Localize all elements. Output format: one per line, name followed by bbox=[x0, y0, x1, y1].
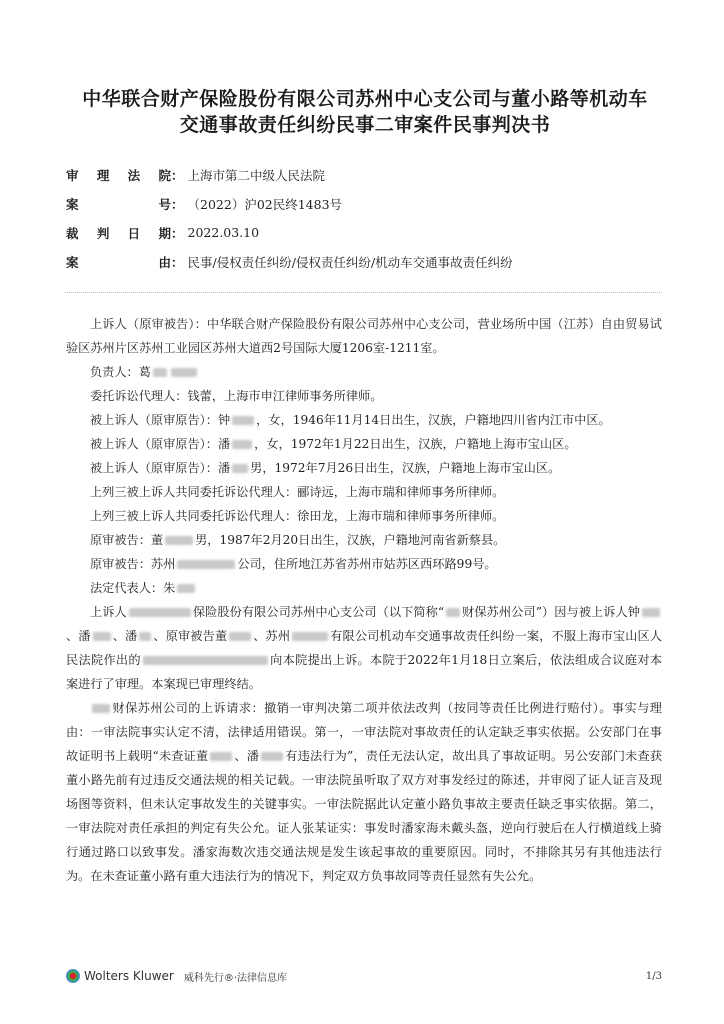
redacted-text bbox=[92, 704, 110, 713]
meta-label: 案由 bbox=[66, 253, 171, 271]
meta-value: 上海市第二中级人民法院 bbox=[188, 166, 326, 184]
brand-name-cn: 威科先行®·法律信息库 bbox=[184, 969, 287, 984]
redacted-text bbox=[232, 440, 252, 449]
party-appellee-2: 被上诉人（原审原告）：潘，女，1972年1月22日出生，汉族，户籍地上海市宝山区… bbox=[66, 432, 662, 456]
redacted-text bbox=[153, 368, 167, 377]
redacted-text bbox=[642, 608, 660, 617]
redacted-text bbox=[93, 632, 111, 641]
redacted-text bbox=[292, 632, 328, 641]
title-line-2: 交通事故责任纠纷民事二审案件民事判决书 bbox=[60, 112, 670, 138]
paragraph-appeal-request: 财保苏州公司的上诉请求：撤销一审判决第二项并依法改判（按同等责任比例进行赔付）。… bbox=[66, 696, 662, 888]
party-appellant: 上诉人（原审被告）：中华联合财产保险股份有限公司苏州中心支公司，营业场所中国（江… bbox=[66, 312, 662, 360]
meta-judgment-date: 裁判日期 ： 2022.03.10 bbox=[66, 218, 513, 247]
party-joint-agent-2: 上列三被上诉人共同委托诉讼代理人：徐田龙，上海市瑞和律师事务所律师。 bbox=[66, 504, 662, 528]
meta-label: 案号 bbox=[66, 195, 171, 213]
redacted-text bbox=[232, 464, 248, 473]
meta-value: （2022）沪02民终1483号 bbox=[188, 195, 343, 213]
redacted-text bbox=[143, 656, 268, 665]
meta-label: 审理法院 bbox=[66, 166, 171, 184]
redacted-text bbox=[210, 752, 232, 761]
meta-value: 2022.03.10 bbox=[188, 225, 260, 240]
redacted-text bbox=[177, 584, 195, 593]
redacted-text bbox=[165, 536, 193, 545]
meta-label: 裁判日期 bbox=[66, 224, 171, 242]
party-original-defendant-1: 原审被告：董男，1987年2月20日出生，汉族，户籍地河南省新蔡县。 bbox=[66, 528, 662, 552]
meta-court: 审理法院 ： 上海市第二中级人民法院 bbox=[66, 160, 513, 189]
case-metadata: 审理法院 ： 上海市第二中级人民法院 案号 ： （2022）沪02民终1483号… bbox=[66, 160, 513, 276]
party-responsible-person: 负责人：葛 bbox=[66, 360, 662, 384]
page-footer: Wolters Kluwer 威科先行®·法律信息库 1/3 bbox=[66, 966, 662, 986]
title-line-1: 中华联合财产保险股份有限公司苏州中心支公司与董小路等机动车 bbox=[60, 86, 670, 112]
party-appellee-3: 被上诉人（原审原告）：潘男，1972年7月26日出生，汉族，户籍地上海市宝山区。 bbox=[66, 456, 662, 480]
party-legal-representative: 法定代表人：朱 bbox=[66, 576, 662, 600]
document-body: 上诉人（原审被告）：中华联合财产保险股份有限公司苏州中心支公司，营业场所中国（江… bbox=[66, 312, 662, 888]
redacted-text bbox=[129, 608, 191, 617]
party-appellee-1: 被上诉人（原审原告）：钟，女，1946年11月14日出生，汉族，户籍地四川省内江… bbox=[66, 408, 662, 432]
document-title: 中华联合财产保险股份有限公司苏州中心支公司与董小路等机动车 交通事故责任纠纷民事… bbox=[60, 86, 670, 138]
party-joint-agent-1: 上列三被上诉人共同委托诉讼代理人：郦诗远，上海市瑞和律师事务所律师。 bbox=[66, 480, 662, 504]
brand-name: Wolters Kluwer bbox=[84, 969, 174, 983]
redacted-text bbox=[177, 560, 235, 569]
meta-cause: 案由 ： 民事/侵权责任纠纷/侵权责任纠纷/机动车交通事故责任纠纷 bbox=[66, 247, 513, 276]
redacted-text bbox=[232, 416, 254, 425]
redacted-text bbox=[446, 608, 460, 617]
redacted-text bbox=[261, 752, 283, 761]
meta-value: 民事/侵权责任纠纷/侵权责任纠纷/机动车交通事故责任纠纷 bbox=[188, 253, 513, 271]
redacted-text bbox=[229, 632, 251, 641]
wolters-kluwer-globe-icon bbox=[66, 969, 80, 983]
page-number: 1/3 bbox=[646, 971, 662, 982]
party-original-defendant-2: 原审被告：苏州公司，住所地江苏省苏州市姑苏区西环路99号。 bbox=[66, 552, 662, 576]
redacted-text bbox=[139, 632, 151, 641]
party-agent: 委托诉讼代理人：钱蕾，上海市申江律师事务所律师。 bbox=[66, 384, 662, 408]
redacted-text bbox=[171, 368, 197, 377]
paragraph-case-background: 上诉人保险股份有限公司苏州中心支公司（以下简称“财保苏州公司”）因与被上诉人钟、… bbox=[66, 600, 662, 696]
dotted-divider bbox=[65, 292, 662, 293]
meta-case-number: 案号 ： （2022）沪02民终1483号 bbox=[66, 189, 513, 218]
